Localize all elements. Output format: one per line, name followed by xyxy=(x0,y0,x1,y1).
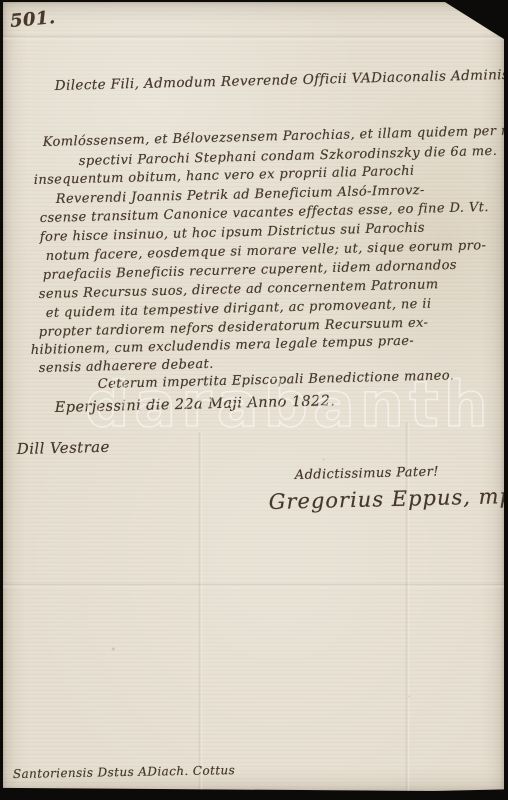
dateline: Eperjessini die 22a Maji Anno 1822. xyxy=(55,393,336,416)
docket-number: 501. xyxy=(9,7,56,32)
bottom-annotation: Santoriensis Dstus ADiach. Cottus xyxy=(13,763,236,781)
handwritten-line: sensis adhaerere debeat. xyxy=(39,357,214,376)
address-form: Dill Vestrae xyxy=(17,438,110,458)
fold-crease xyxy=(198,432,203,791)
signature: Gregorius Eppus, mp. xyxy=(268,484,508,514)
valediction: Addictissimus Pater! xyxy=(295,464,439,483)
fold-crease xyxy=(3,35,504,40)
fold-crease xyxy=(3,583,504,588)
letter-paper: 501. Dilecte Fili, Admodum Reverende Off… xyxy=(3,2,504,791)
photo-background: 501. Dilecte Fili, Admodum Reverende Off… xyxy=(0,0,508,800)
salutation-line: Dilecte Fili, Admodum Reverende Officii … xyxy=(55,66,508,94)
